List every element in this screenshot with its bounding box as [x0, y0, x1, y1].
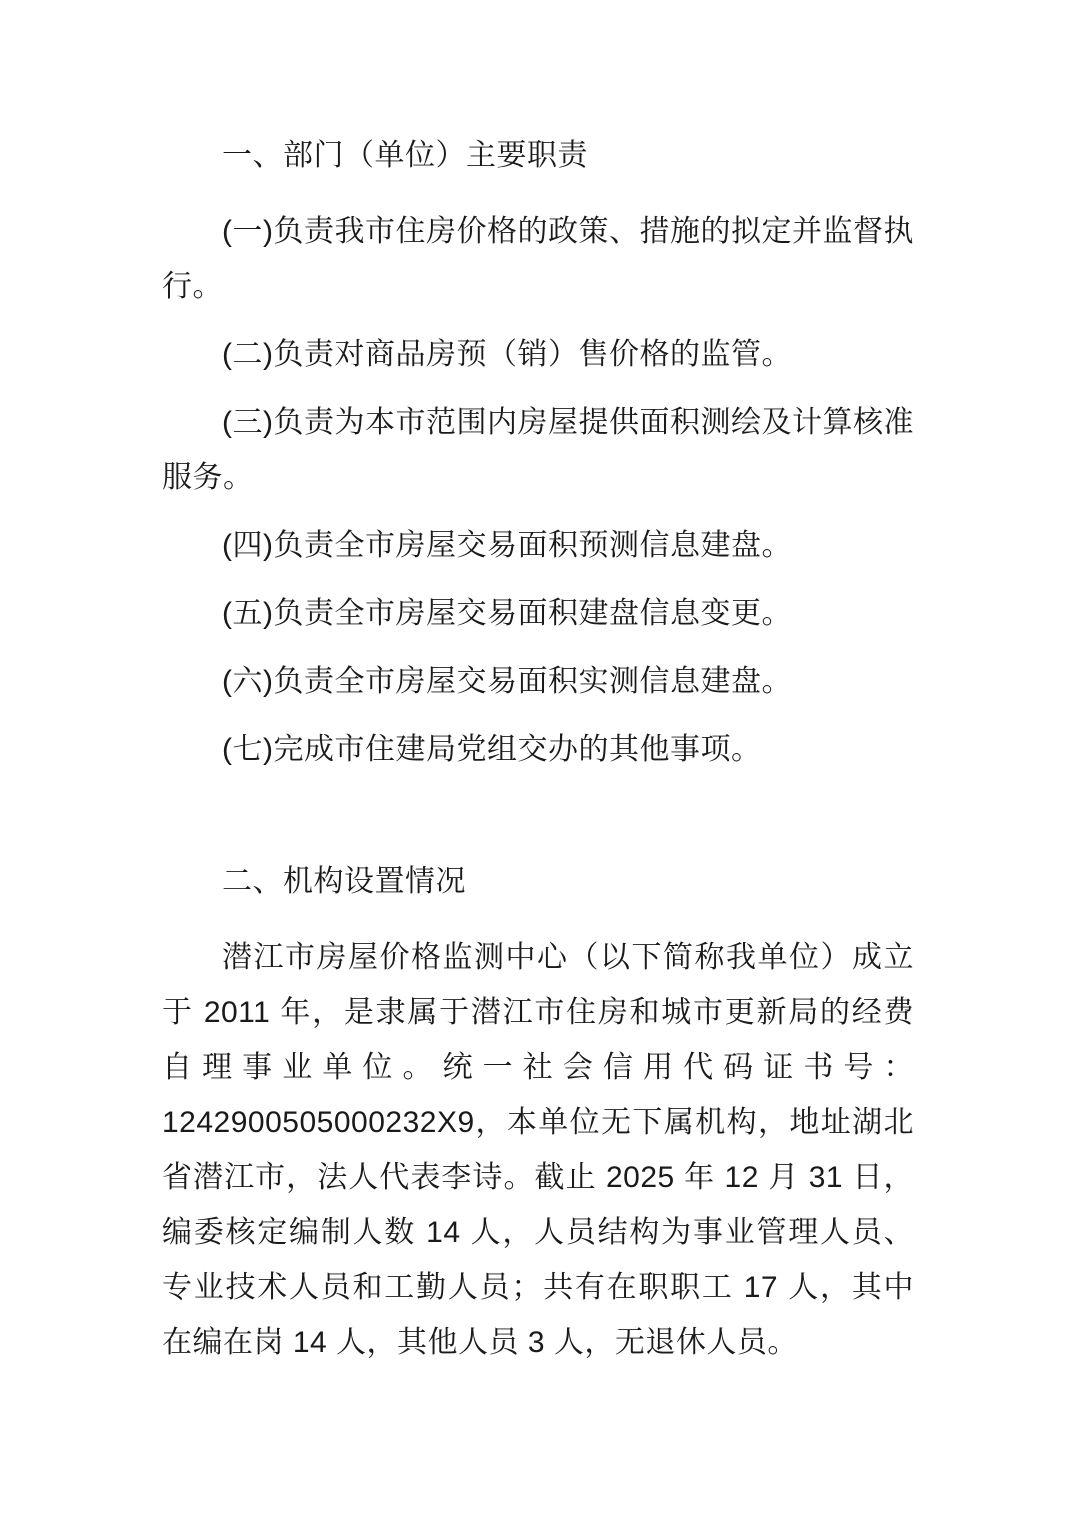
- duty-item-2: (二)负责对商品房预（销）售价格的监管。: [162, 327, 914, 382]
- duty-item-4: (四)负责全市房屋交易面积预测信息建盘。: [162, 518, 914, 573]
- section1-heading: 一、部门（单位）主要职责: [162, 128, 914, 183]
- duty-item-5: (五)负责全市房屋交易面积建盘信息变更。: [162, 586, 914, 641]
- section2-heading: 二、机构设置情况: [162, 854, 914, 909]
- duty-item-3: (三)负责为本市范围内房屋提供面积测绘及计算核准服务。: [162, 395, 914, 505]
- org-setup-paragraph: 潜江市房屋价格监测中心（以下简称我单位）成立于 2011 年，是隶属于潜江市住房…: [162, 930, 914, 1370]
- duty-item-7: (七)完成市住建局党组交办的其他事项。: [162, 722, 914, 777]
- document-page: 一、部门（单位）主要职责 (一)负责我市住房价格的政策、措施的拟定并监督执行。 …: [0, 0, 1074, 1518]
- duty-item-6: (六)负责全市房屋交易面积实测信息建盘。: [162, 654, 914, 709]
- duty-item-1: (一)负责我市住房价格的政策、措施的拟定并监督执行。: [162, 204, 914, 314]
